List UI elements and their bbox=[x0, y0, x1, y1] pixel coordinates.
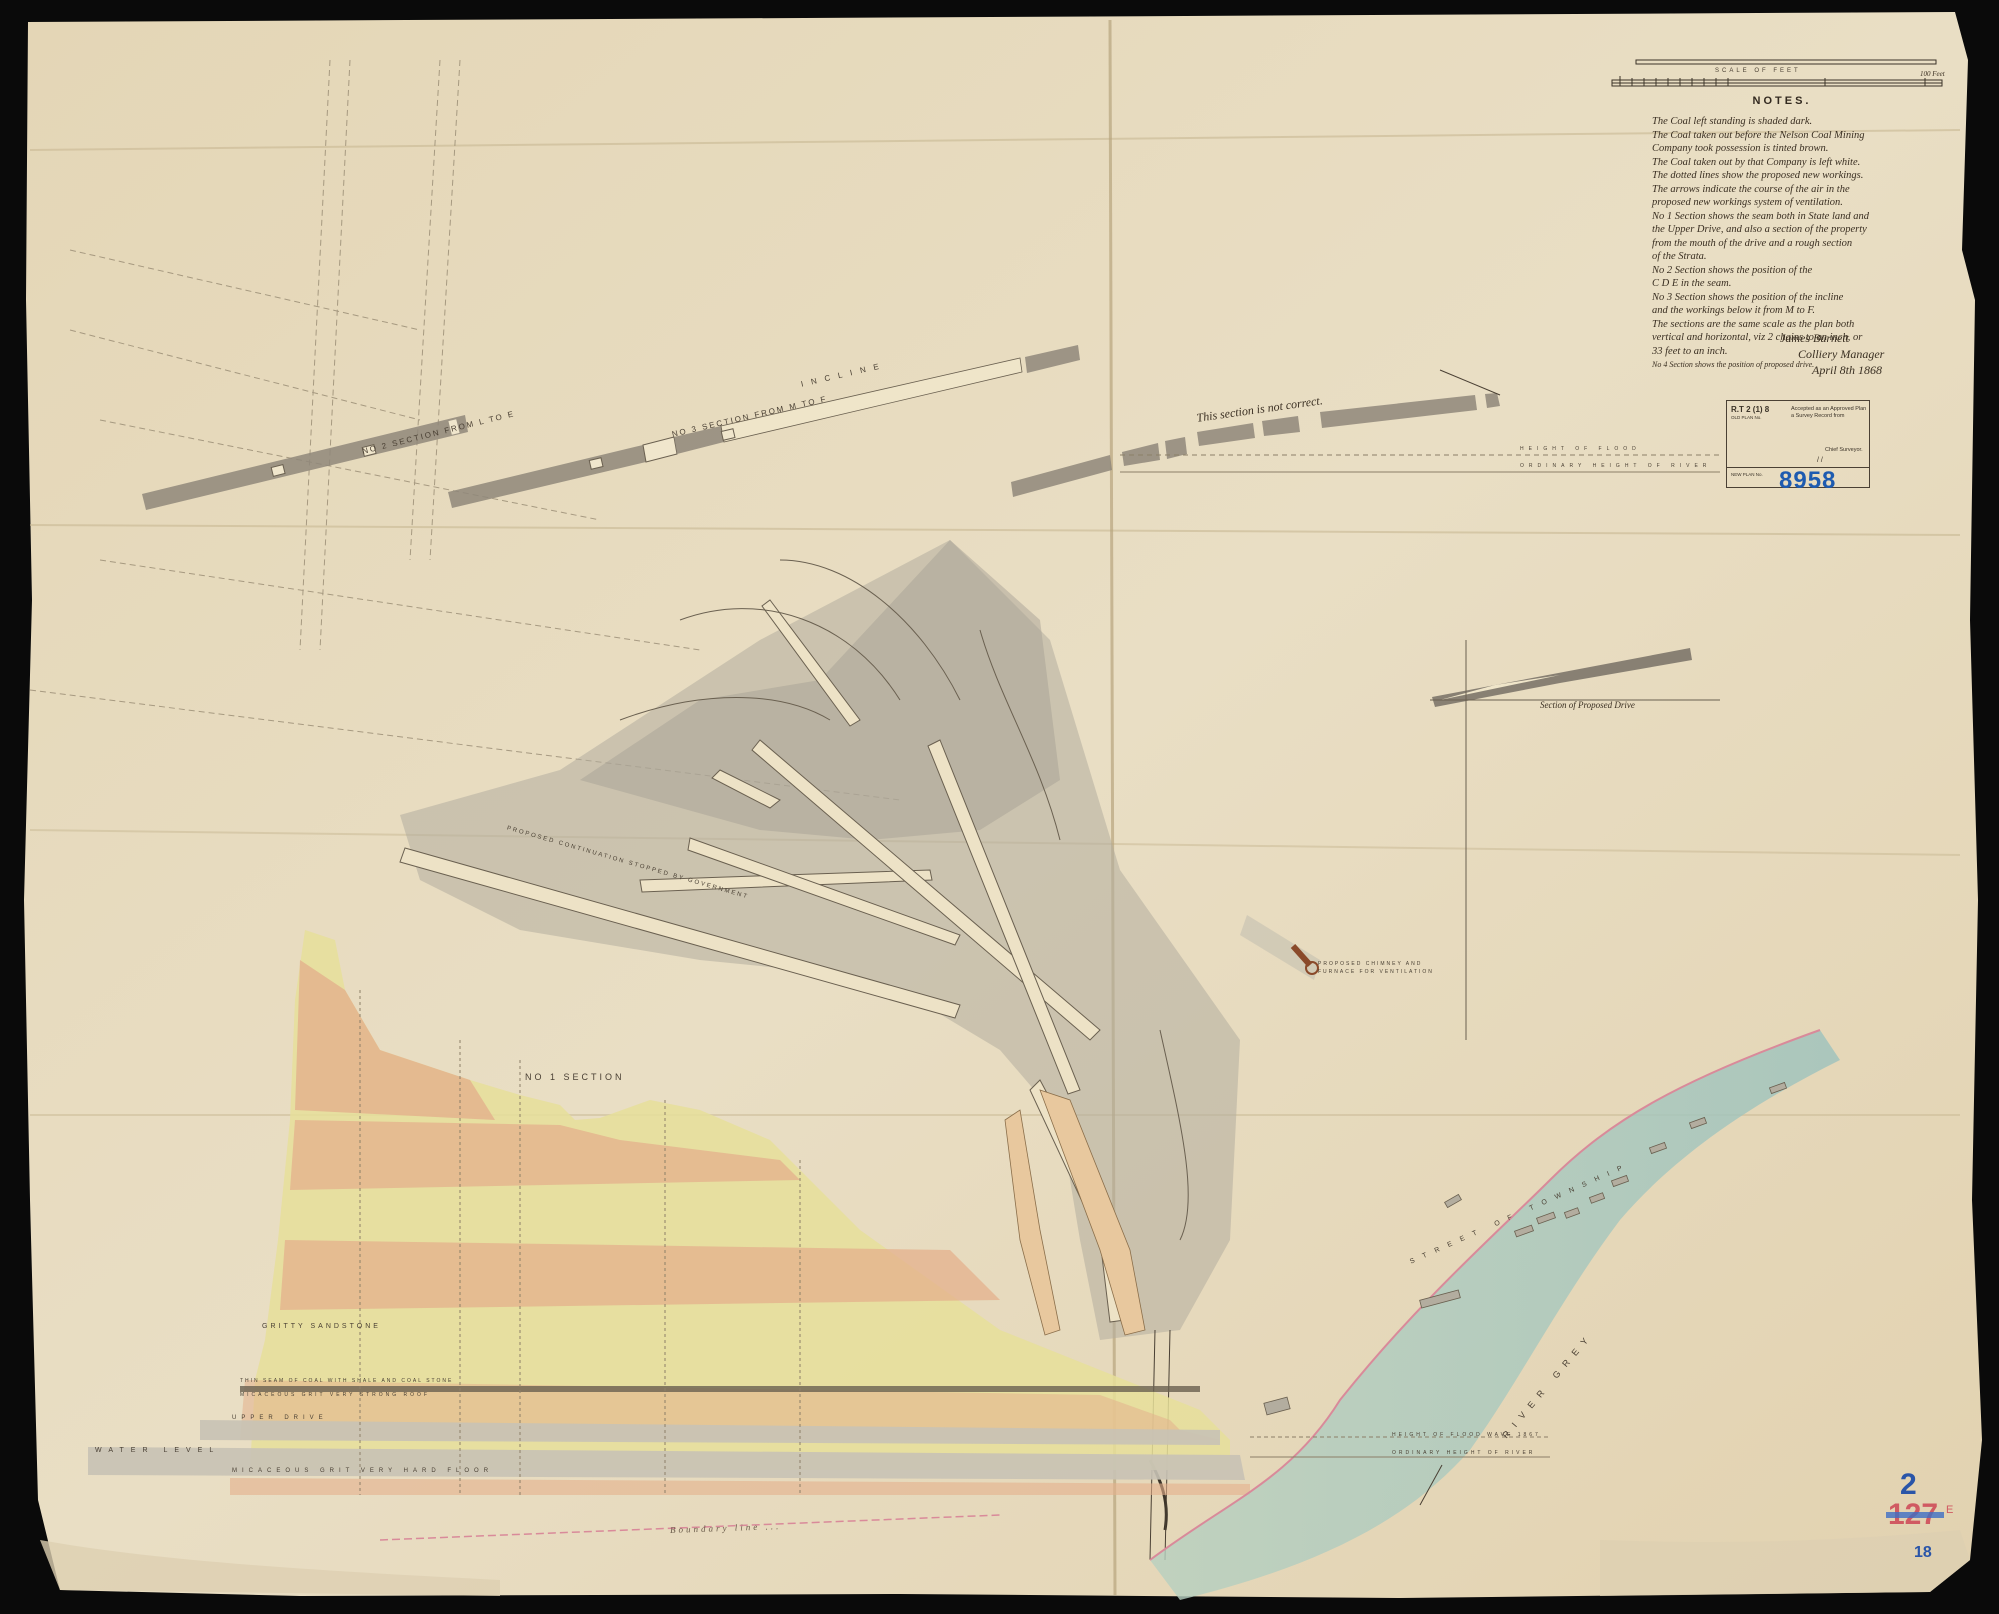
old-plan-label: OLD PLAN No. bbox=[1731, 415, 1762, 420]
river-height-upper: ORDINARY HEIGHT OF RIVER bbox=[1520, 463, 1711, 469]
note-line: The dotted lines show the proposed new w… bbox=[1652, 169, 1952, 183]
notes-title: NOTES. bbox=[1612, 95, 1952, 107]
stamp-date: / / bbox=[1817, 457, 1823, 464]
section-no1-title: No 1 SECTION bbox=[525, 1072, 625, 1082]
mine-plan-sheet: NOTES. The Coal left standing is shaded … bbox=[0, 0, 1999, 1614]
catalog-red-number: 127 bbox=[1888, 1498, 1938, 1532]
note-line: the Upper Drive, and also a section of t… bbox=[1652, 223, 1952, 237]
catalog-red-suffix: E bbox=[1946, 1504, 1953, 1516]
note-line: No 2 Section shows the position of the bbox=[1652, 264, 1952, 278]
approval-stamp: R.T 2 (1) 8 OLD PLAN No. Accepted as an … bbox=[1726, 400, 1870, 488]
new-plan-number: 8958 bbox=[1779, 467, 1836, 495]
signature-block: James Burnett Colliery Manager April 8th… bbox=[1780, 330, 1884, 378]
note-line: The sections are the same scale as the p… bbox=[1652, 318, 1952, 332]
note-line: C D E in the seam. bbox=[1652, 277, 1952, 291]
strata-water-level: WATER LEVEL bbox=[95, 1447, 220, 1454]
signature-name: James Burnett bbox=[1780, 330, 1884, 346]
note-line: The Coal taken out before the Nelson Coa… bbox=[1652, 129, 1952, 143]
signature-title: Colliery Manager bbox=[1780, 346, 1884, 362]
proposed-drive-title: Section of Proposed Drive bbox=[1540, 700, 1635, 710]
chimney-label: PROPOSED CHIMNEY AND FURNACE FOR VENTILA… bbox=[1318, 960, 1438, 976]
note-line: No 3 Section shows the position of the i… bbox=[1652, 291, 1952, 305]
strata-upper-drive: UPPER DRIVE bbox=[232, 1415, 328, 1421]
catalog-blue-number: 2 bbox=[1900, 1468, 1917, 1502]
old-plan-number: R.T 2 (1) 8 bbox=[1731, 405, 1769, 414]
scale-bar-label: SCALE OF FEET bbox=[1715, 68, 1801, 74]
scale-bar-end: 100 Feet bbox=[1920, 70, 1945, 78]
note-line: from the mouth of the drive and a rough … bbox=[1652, 237, 1952, 251]
signature-date: April 8th 1868 bbox=[1780, 362, 1884, 378]
strata-gritty-sandstone: Gritty Sandstone bbox=[262, 1323, 381, 1330]
note-line: No 1 Section shows the seam both in Stat… bbox=[1652, 210, 1952, 224]
note-line: The arrows indicate the course of the ai… bbox=[1652, 183, 1952, 197]
catalog-bottom-fragment: 18 bbox=[1914, 1544, 1932, 1562]
note-line: The Coal left standing is shaded dark. bbox=[1652, 115, 1952, 129]
chief-surveyor-label: Chief Surveyor. bbox=[1825, 447, 1863, 453]
flood-height-lower: HEIGHT OF FLOOD WAVE 1867 bbox=[1392, 1432, 1541, 1438]
accepted-text: Accepted as an Approved Plan a Survey Re… bbox=[1791, 406, 1867, 420]
strata-coal-seam: Thin seam of Coal with shale and Coal st… bbox=[240, 1378, 453, 1384]
note-line: proposed new workings system of ventilat… bbox=[1652, 196, 1952, 210]
strata-micaceous-floor: Micaceous Grit very hard Floor bbox=[232, 1468, 493, 1474]
note-line: of the Strata. bbox=[1652, 250, 1952, 264]
note-line: Company took possession is tinted brown. bbox=[1652, 142, 1952, 156]
flood-height-upper: HEIGHT OF FLOOD bbox=[1520, 446, 1641, 452]
new-plan-label: NEW PLAN No. bbox=[1731, 472, 1763, 477]
strata-micaceous-roof: Micaceous Grit very strong Roof bbox=[240, 1392, 430, 1398]
note-line: and the workings below it from M to F. bbox=[1652, 304, 1952, 318]
note-line: The Coal taken out by that Company is le… bbox=[1652, 156, 1952, 170]
river-height-lower: ORDINARY HEIGHT OF RIVER bbox=[1392, 1450, 1535, 1456]
